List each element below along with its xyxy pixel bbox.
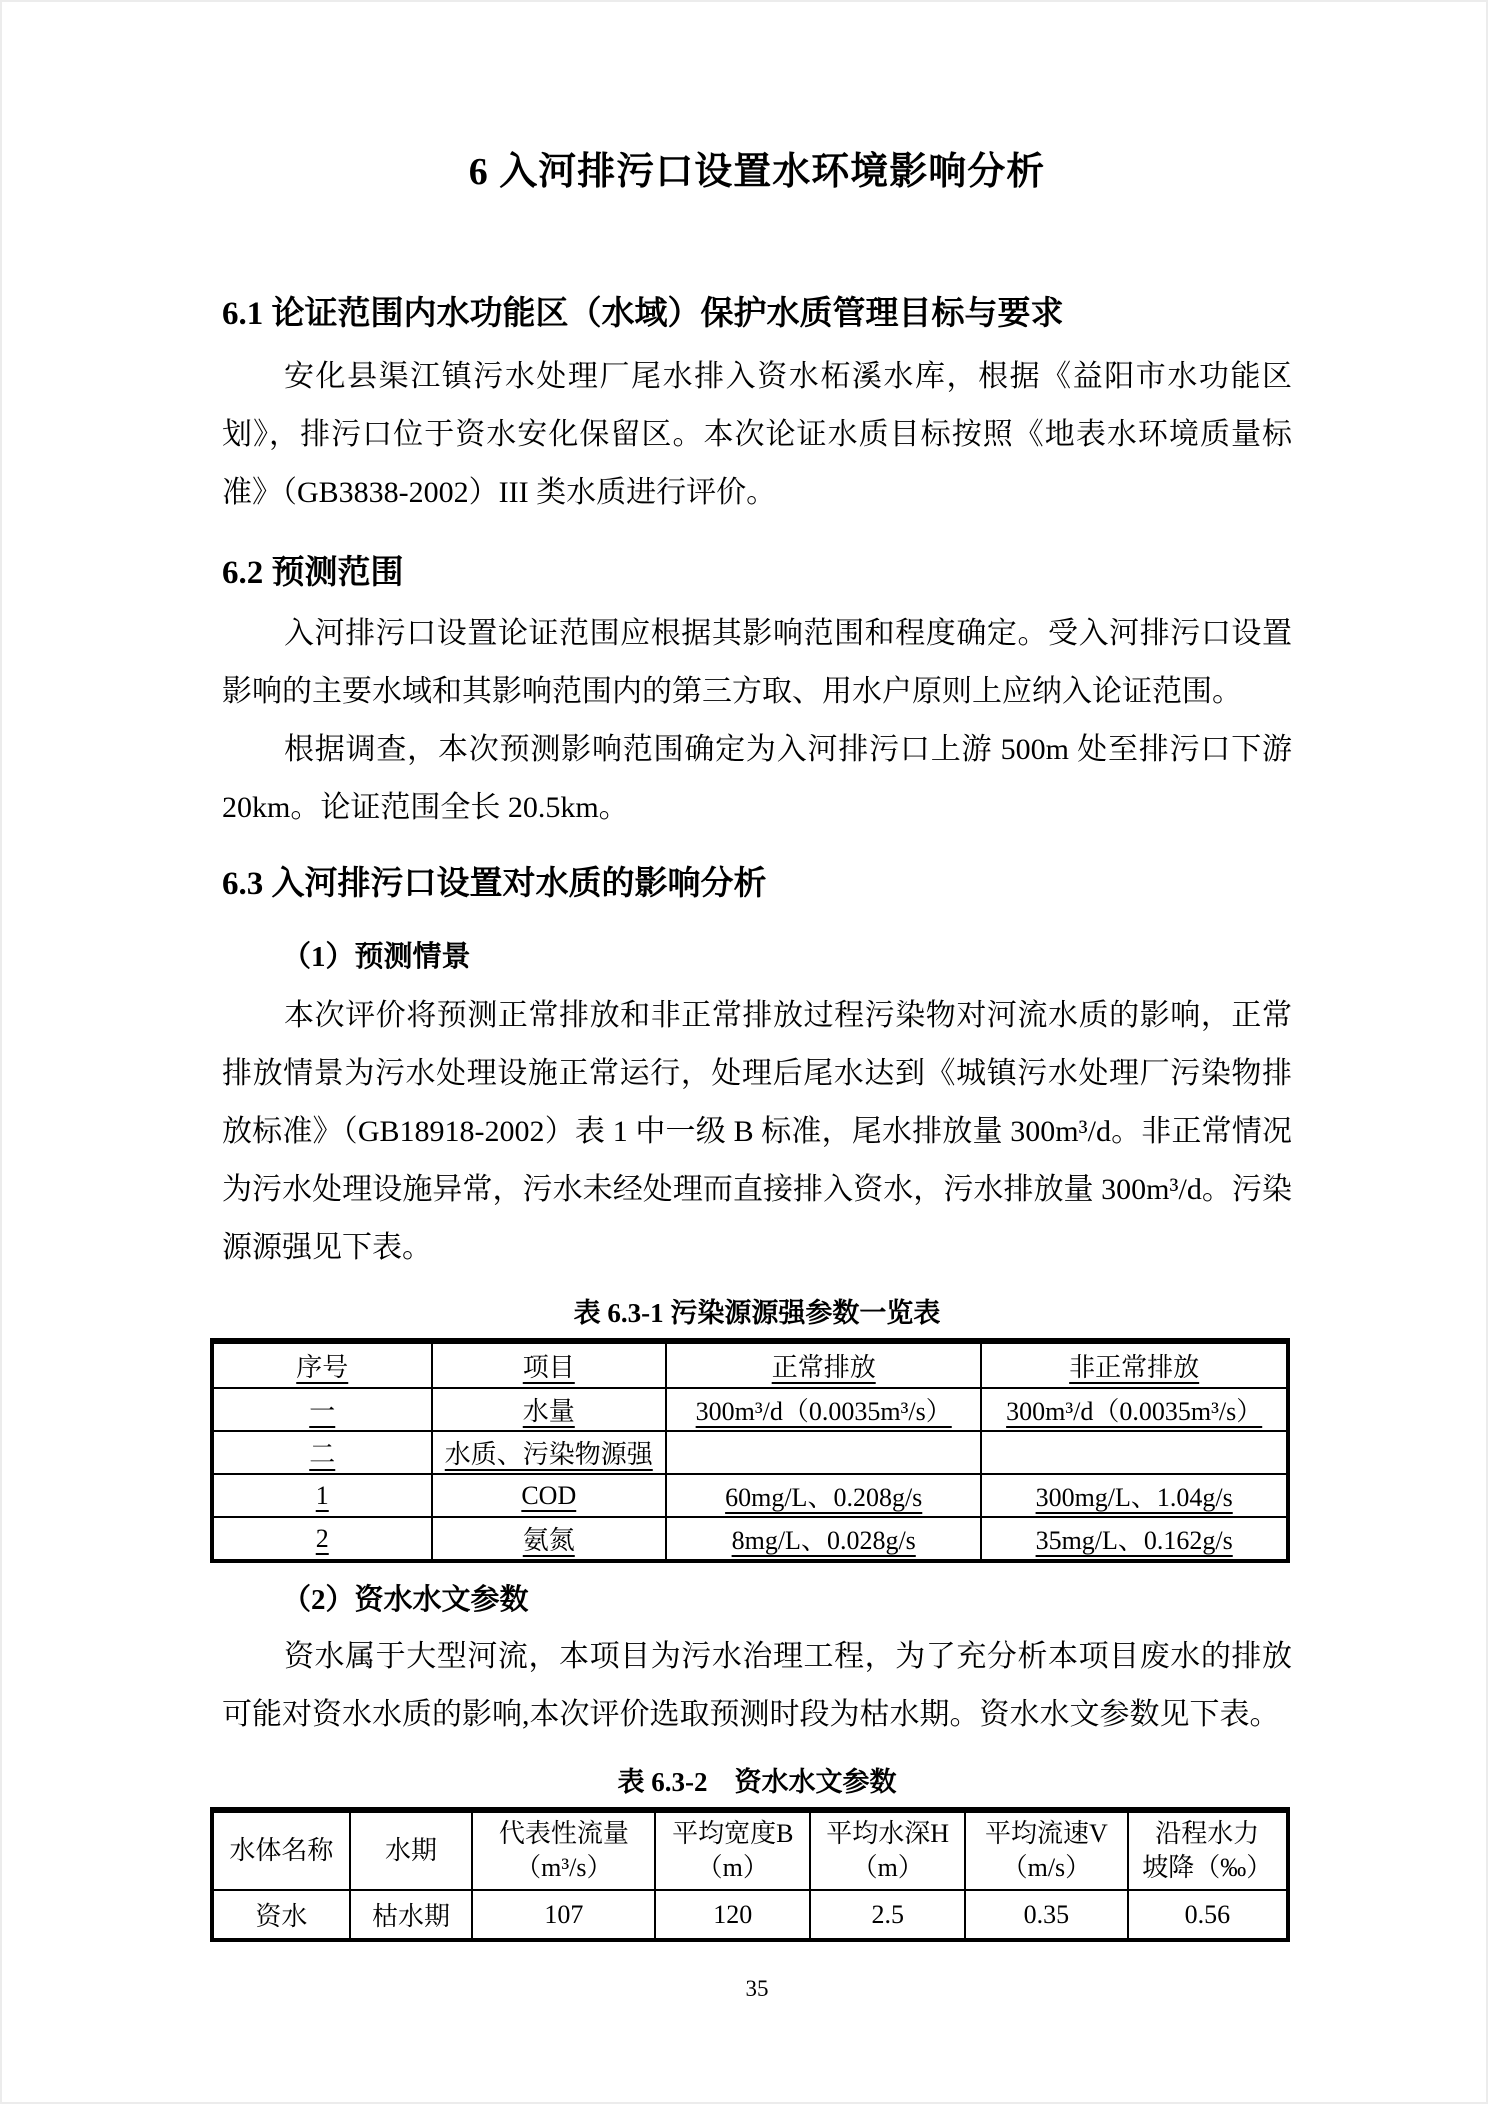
paragraph-6-2-2: 根据调查，本次预测影响范围确定为入河排污口上游 500m 处至排污口下游20km… [222,721,1292,837]
table-cell: 氨氮 [432,1517,667,1561]
table-cell: 2 [212,1517,432,1561]
table-cell: 300m³/d（0.0035m³/s） [666,1388,981,1431]
table-header-row: 水体名称 水期 代表性流量 （m³/s） 平均宽度B （m） 平均水深H （m）… [212,1810,1288,1890]
table1-header-item: 项目 [432,1341,667,1388]
paragraph-6-3-2: 资水属于大型河流，本项目为污水治理工程，为了充分析本项目废水的排放可能对资水水质… [222,1628,1292,1744]
table-row: 一 水量 300m³/d（0.0035m³/s） 300m³/d（0.0035m… [212,1388,1288,1431]
table2-caption: 表 6.3-2 资水水文参数 [222,1760,1292,1799]
table-row: 2 氨氮 8mg/L、0.028g/s 35mg/L、0.162g/s [212,1517,1288,1561]
page-title: 6 入河排污口设置水环境影响分析 [222,140,1292,195]
table-cell: 8mg/L、0.028g/s [666,1517,981,1561]
table-cell: 2.5 [810,1890,965,1940]
table1-header-abnormal: 非正常排放 [981,1341,1288,1388]
table1-header-normal: 正常排放 [666,1341,981,1388]
table-cell: 0.56 [1128,1890,1288,1940]
table2-header-width: 平均宽度B （m） [655,1810,810,1890]
table2-header-velocity: 平均流速V （m/s） [965,1810,1127,1890]
table1-header-seq: 序号 [212,1341,432,1388]
table-cell: 35mg/L、0.162g/s [981,1517,1288,1561]
paragraph-6-1: 安化县渠江镇污水处理厂尾水排入资水柘溪水库，根据《益阳市水功能区划》，排污口位于… [222,348,1292,522]
table-cell: 一 [212,1388,432,1431]
table-cell: 水量 [432,1388,667,1431]
table-row: 二 水质、污染物源强 [212,1431,1288,1474]
page-number: 35 [222,1976,1292,2002]
table-cell: 120 [655,1890,810,1940]
pollution-source-table: 序号 项目 正常排放 非正常排放 一 水量 300m³/d（0.0035m³/s… [210,1338,1290,1563]
table-header-row: 序号 项目 正常排放 非正常排放 [212,1341,1288,1388]
table-row: 1 COD 60mg/L、0.208g/s 300mg/L、1.04g/s [212,1474,1288,1517]
hydro-params-table: 水体名称 水期 代表性流量 （m³/s） 平均宽度B （m） 平均水深H （m）… [210,1807,1290,1942]
section-heading-6-1: 6.1 论证范围内水功能区（水域）保护水质管理目标与要求 [222,287,1292,334]
table-cell: 1 [212,1474,432,1517]
table-cell: 300mg/L、1.04g/s [981,1474,1288,1517]
table-cell: 二 [212,1431,432,1474]
table-cell [981,1431,1288,1474]
table-cell: 300m³/d（0.0035m³/s） [981,1388,1288,1431]
table-cell [666,1431,981,1474]
table-cell: 枯水期 [350,1890,473,1940]
table-cell: 水质、污染物源强 [432,1431,667,1474]
table-cell: COD [432,1474,667,1517]
table-cell: 107 [472,1890,655,1940]
subheading-hydro-params: （2）资水水文参数 [222,1577,1292,1618]
table2-header-flow: 代表性流量 （m³/s） [472,1810,655,1890]
subheading-prediction-scenario: （1）预测情景 [222,934,1292,975]
table-cell: 60mg/L、0.208g/s [666,1474,981,1517]
table2-header-gradient: 沿程水力 坡降（‰） [1128,1810,1288,1890]
section-heading-6-3: 6.3 入河排污口设置对水质的影响分析 [222,857,1292,904]
table2-header-period: 水期 [350,1810,473,1890]
section-heading-6-2: 6.2 预测范围 [222,546,1292,593]
table2-header-depth: 平均水深H （m） [810,1810,965,1890]
table-cell: 资水 [212,1890,350,1940]
table2-header-waterbody: 水体名称 [212,1810,350,1890]
paragraph-6-3-1: 本次评价将预测正常排放和非正常排放过程污染物对河流水质的影响，正常排放情景为污水… [222,987,1292,1277]
table-row: 资水 枯水期 107 120 2.5 0.35 0.56 [212,1890,1288,1940]
document-page: 6 入河排污口设置水环境影响分析 6.1 论证范围内水功能区（水域）保护水质管理… [0,0,1488,2104]
table-cell: 0.35 [965,1890,1127,1940]
table1-caption: 表 6.3-1 污染源源强参数一览表 [222,1291,1292,1330]
paragraph-6-2-1: 入河排污口设置论证范围应根据其影响范围和程度确定。受入河排污口设置影响的主要水域… [222,605,1292,721]
